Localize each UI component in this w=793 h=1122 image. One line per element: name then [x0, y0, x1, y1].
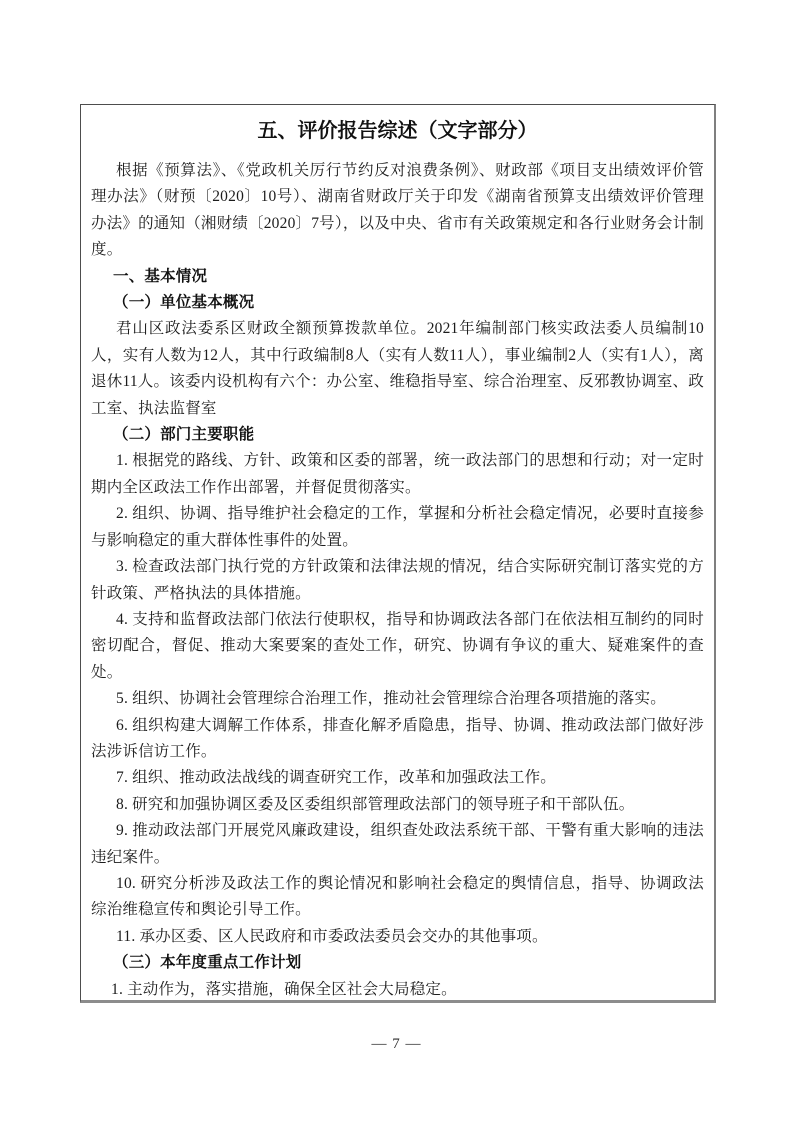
duty-item-9: 9. 推动政法部门开展党风廉政建设，组织查处政法系统干部、干警有重大影响的违法违… [91, 818, 704, 871]
section-heading-basic-info: 一、基本情况 [91, 264, 704, 290]
subsection-heading-main-duties: （二）部门主要职能 [91, 422, 704, 448]
intro-paragraph: 根据《预算法》、《党政机关厉行节约反对浪费条例》、财政部《项目支出绩效评价管理办… [91, 158, 704, 264]
duty-item-5: 5. 组织、协调社会管理综合治理工作，推动社会管理综合治理各项措施的落实。 [91, 686, 704, 712]
duty-item-6: 6. 组织构建大调解工作体系，排查化解矛盾隐患，指导、协调、推动政法部门做好涉法… [91, 713, 704, 766]
report-title: 五、评价报告综述（文字部分） [91, 116, 704, 146]
page-number: — 7 — [0, 1032, 793, 1056]
duty-item-2: 2. 组织、协调、指导维护社会稳定的工作，掌握和分析社会稳定情况，必要时直接参与… [91, 501, 704, 554]
unit-overview-paragraph: 君山区政法委系区财政全额预算拨款单位。2021年编制部门核实政法委人员编制10人… [91, 316, 704, 422]
subsection-heading-key-work-plan: （三）本年度重点工作计划 [91, 950, 704, 976]
duty-item-11: 11. 承办区委、区人民政府和市委政法委员会交办的其他事项。 [91, 924, 704, 950]
duty-item-3: 3. 检查政法部门执行党的方针政策和法律法规的情况，结合实际研究制订落实党的方针… [91, 554, 704, 607]
document-page: 五、评价报告综述（文字部分） 根据《预算法》、《党政机关厉行节约反对浪费条例》、… [0, 0, 793, 1122]
duty-item-1: 1. 根据党的路线、方针、政策和区委的部署，统一政法部门的思想和行动；对一定时期… [91, 448, 704, 501]
duty-item-10: 10. 研究分析涉及政法工作的舆论情况和影响社会稳定的舆情信息，指导、协调政法综… [91, 871, 704, 924]
plan-item-1: 1. 主动作为，落实措施，确保全区社会大局稳定。 [91, 977, 704, 1003]
duty-item-4: 4. 支持和监督政法部门依法行使职权，指导和协调政法各部门在依法相互制约的同时密… [91, 607, 704, 686]
report-content-box: 五、评价报告综述（文字部分） 根据《预算法》、《党政机关厉行节约反对浪费条例》、… [80, 104, 716, 1003]
duty-item-8: 8. 研究和加强协调区委及区委组织部管理政法部门的领导班子和干部队伍。 [91, 792, 704, 818]
subsection-heading-unit-overview: （一）单位基本概况 [91, 290, 704, 316]
duty-item-7: 7. 组织、推动政法战线的调查研究工作，改革和加强政法工作。 [91, 765, 704, 791]
